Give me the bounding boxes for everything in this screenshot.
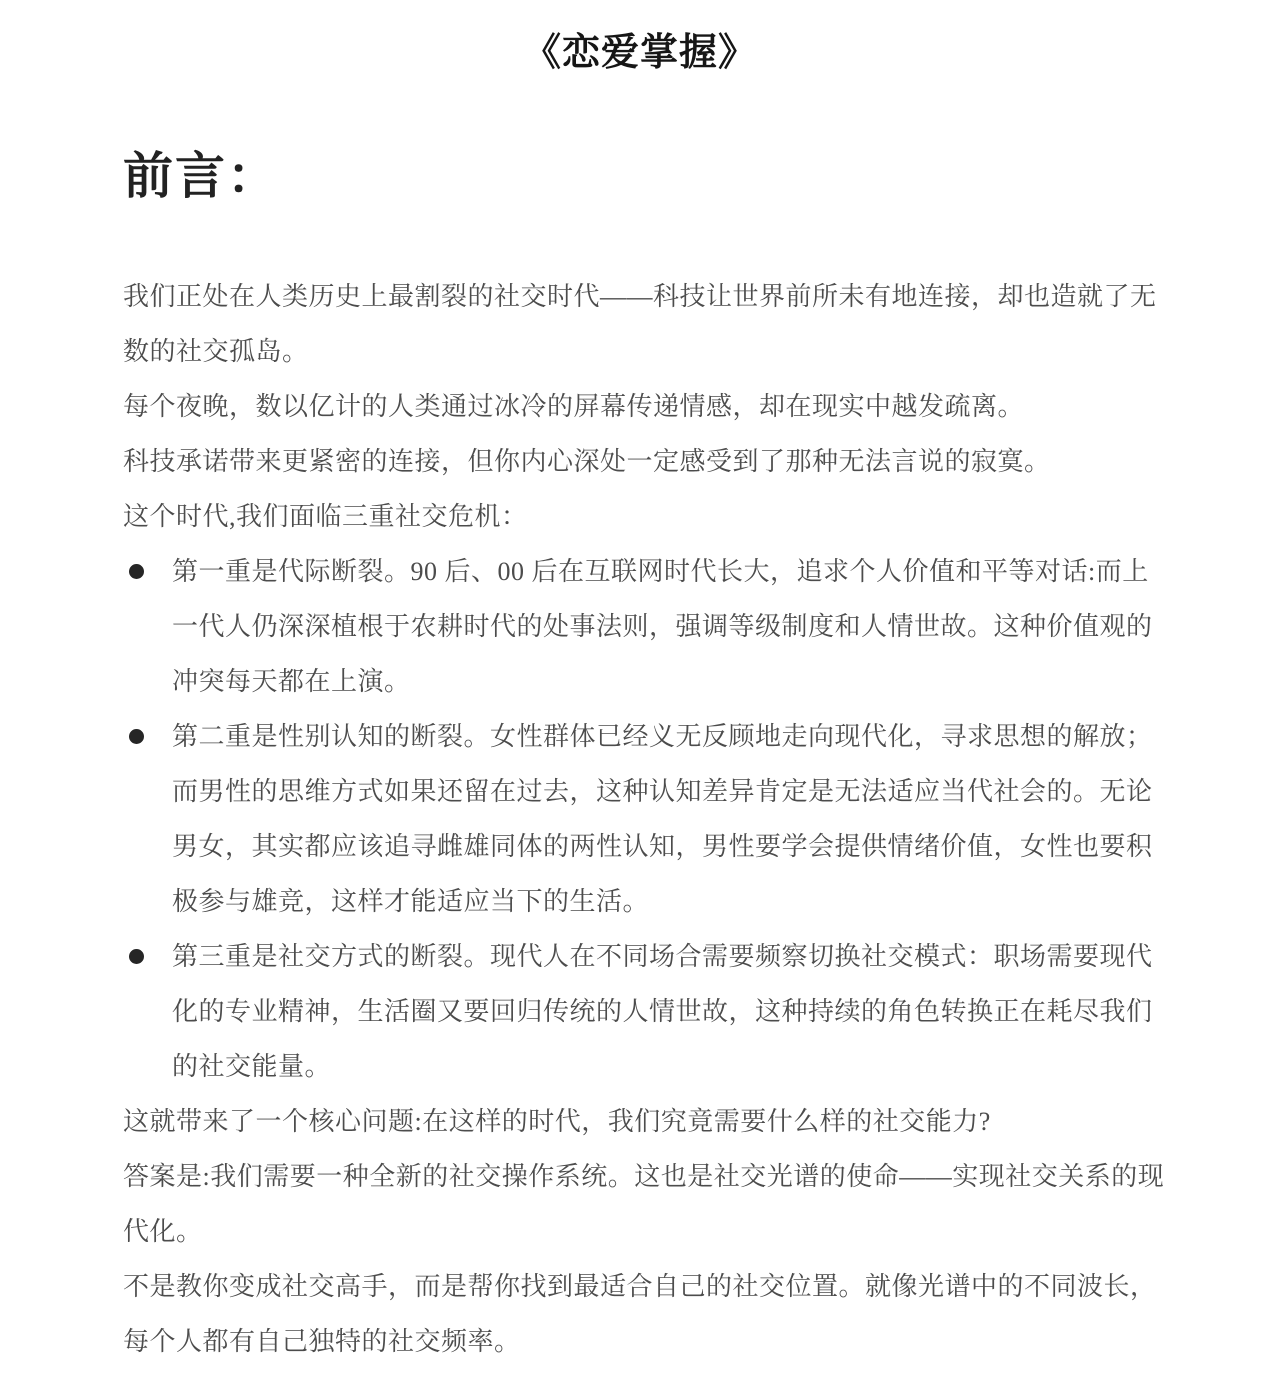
text-line: 男女，其实都应该追寻雌雄同体的两性认知，男性要学会提供情绪价值，女性也要积 — [172, 819, 1180, 874]
document-body: 我们正处在人类历史上最割裂的社交时代——科技让世界前所未有地连接，却也造就了无数… — [123, 269, 1180, 1369]
preface-heading: 前言： — [123, 146, 1280, 206]
block-text: 科技承诺带来更紧密的连接，但你内心深处一定感受到了那种无法言说的寂寞。 — [123, 434, 1180, 489]
text-line: 每个人都有自己独特的社交频率。 — [123, 1314, 1180, 1369]
bullet-icon — [129, 564, 144, 579]
document-title: 《恋爱掌握》 — [0, 0, 1280, 78]
block-text: 每个夜晚，数以亿计的人类通过冰冷的屏幕传递情感，却在现实中越发疏离。 — [123, 379, 1180, 434]
text-line: 这个时代,我们面临三重社交危机： — [123, 489, 1180, 544]
text-line: 这就带来了一个核心问题:在这样的时代，我们究竟需要什么样的社交能力? — [123, 1094, 1180, 1149]
block-text: 不是教你变成社交高手，而是帮你找到最适合自己的社交位置。就像光谱中的不同波长，每… — [123, 1259, 1180, 1369]
bullet-item: 第三重是社交方式的断裂。现代人在不同场合需要频察切换社交模式：职场需要现代化的专… — [123, 929, 1180, 1094]
paragraph: 这就带来了一个核心问题:在这样的时代，我们究竟需要什么样的社交能力? — [123, 1094, 1180, 1149]
block-text: 第二重是性别认知的断裂。女性群体已经义无反顾地走向现代化，寻求思想的解放；而男性… — [123, 709, 1180, 929]
text-line: 而男性的思维方式如果还留在过去，这种认知差异肯定是无法适应当代社会的。无论 — [172, 764, 1180, 819]
text-line: 第三重是社交方式的断裂。现代人在不同场合需要频察切换社交模式：职场需要现代 — [172, 929, 1180, 984]
block-text: 这个时代,我们面临三重社交危机： — [123, 489, 1180, 544]
block-text: 第三重是社交方式的断裂。现代人在不同场合需要频察切换社交模式：职场需要现代化的专… — [123, 929, 1180, 1094]
block-text: 答案是:我们需要一种全新的社交操作系统。这也是社交光谱的使命——实现社交关系的现… — [123, 1149, 1180, 1259]
paragraph: 不是教你变成社交高手，而是帮你找到最适合自己的社交位置。就像光谱中的不同波长，每… — [123, 1259, 1180, 1369]
bullet-icon — [129, 729, 144, 744]
bullet-item: 第二重是性别认知的断裂。女性群体已经义无反顾地走向现代化，寻求思想的解放；而男性… — [123, 709, 1180, 929]
paragraph: 这个时代,我们面临三重社交危机： — [123, 489, 1180, 544]
text-line: 每个夜晚，数以亿计的人类通过冰冷的屏幕传递情感，却在现实中越发疏离。 — [123, 379, 1180, 434]
text-line: 极参与雄竞，这样才能适应当下的生活。 — [172, 874, 1180, 929]
text-line: 化的专业精神，生活圈又要回归传统的人情世故，这种持续的角色转换正在耗尽我们 — [172, 984, 1180, 1039]
block-text: 第一重是代际断裂。90 后、00 后在互联网时代长大，追求个人价值和平等对话:而… — [123, 544, 1180, 709]
document-page: 《恋爱掌握》 前言： 我们正处在人类历史上最割裂的社交时代——科技让世界前所未有… — [0, 0, 1280, 1383]
text-line: 的社交能量。 — [172, 1039, 1180, 1094]
paragraph: 科技承诺带来更紧密的连接，但你内心深处一定感受到了那种无法言说的寂寞。 — [123, 434, 1180, 489]
block-text: 这就带来了一个核心问题:在这样的时代，我们究竟需要什么样的社交能力? — [123, 1094, 1180, 1149]
text-line: 一代人仍深深植根于农耕时代的处事法则，强调等级制度和人情世故。这种价值观的 — [172, 599, 1180, 654]
text-line: 第一重是代际断裂。90 后、00 后在互联网时代长大，追求个人价值和平等对话:而… — [172, 544, 1180, 599]
paragraph: 答案是:我们需要一种全新的社交操作系统。这也是社交光谱的使命——实现社交关系的现… — [123, 1149, 1180, 1259]
text-line: 答案是:我们需要一种全新的社交操作系统。这也是社交光谱的使命——实现社交关系的现 — [123, 1149, 1180, 1204]
text-line: 科技承诺带来更紧密的连接，但你内心深处一定感受到了那种无法言说的寂寞。 — [123, 434, 1180, 489]
text-line: 不是教你变成社交高手，而是帮你找到最适合自己的社交位置。就像光谱中的不同波长， — [123, 1259, 1180, 1314]
bullet-icon — [129, 949, 144, 964]
text-line: 我们正处在人类历史上最割裂的社交时代——科技让世界前所未有地连接，却也造就了无 — [123, 269, 1180, 324]
text-line: 冲突每天都在上演。 — [172, 654, 1180, 709]
text-line: 第二重是性别认知的断裂。女性群体已经义无反顾地走向现代化，寻求思想的解放； — [172, 709, 1180, 764]
block-text: 我们正处在人类历史上最割裂的社交时代——科技让世界前所未有地连接，却也造就了无数… — [123, 269, 1180, 379]
text-line: 数的社交孤岛。 — [123, 324, 1180, 379]
paragraph: 我们正处在人类历史上最割裂的社交时代——科技让世界前所未有地连接，却也造就了无数… — [123, 269, 1180, 379]
bullet-item: 第一重是代际断裂。90 后、00 后在互联网时代长大，追求个人价值和平等对话:而… — [123, 544, 1180, 709]
paragraph: 每个夜晚，数以亿计的人类通过冰冷的屏幕传递情感，却在现实中越发疏离。 — [123, 379, 1180, 434]
text-line: 代化。 — [123, 1204, 1180, 1259]
